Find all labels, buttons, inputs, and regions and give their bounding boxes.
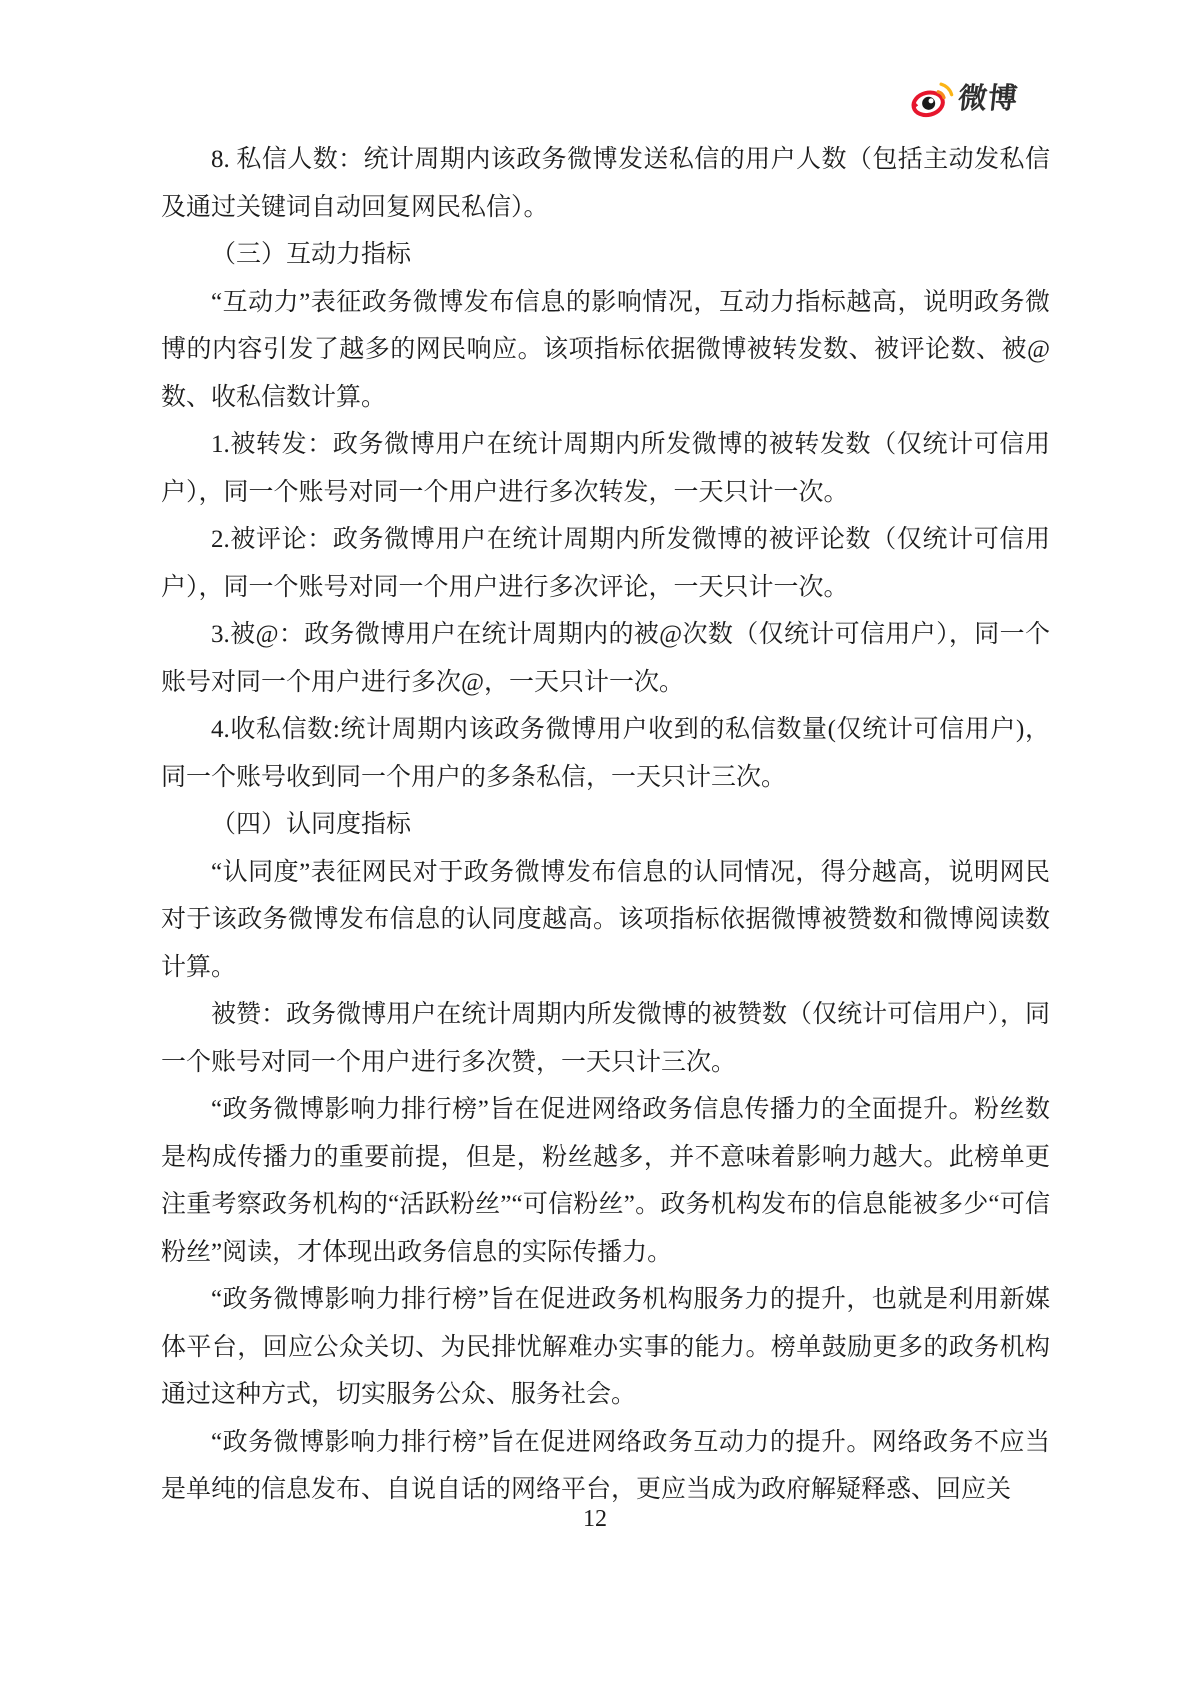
body-paragraph: 4.收私信数:统计周期内该政务微博用户收到的私信数量(仅统计可信用户)，同一个账… (161, 706, 1050, 801)
body-paragraph: “政务微博影响力排行榜”旨在促进网络政务互动力的提升。网络政务不应当是单纯的信息… (161, 1419, 1050, 1514)
body-paragraph: 3.被@：政务微博用户在统计周期内的被@次数（仅统计可信用户），同一个账号对同一… (161, 611, 1050, 706)
weibo-eye-icon (909, 78, 955, 120)
document-page: 微博 8. 私信人数：统计周期内该政务微博发送私信的用户人数（包括主动发私信及通… (0, 0, 1190, 1683)
body-paragraph: 2.被评论：政务微博用户在统计周期内所发微博的被评论数（仅统计可信用户），同一个… (161, 516, 1050, 611)
body-paragraph: “认同度”表征网民对于政务微博发布信息的认同情况，得分越高，说明网民对于该政务微… (161, 849, 1050, 992)
body-paragraph: “政务微博影响力排行榜”旨在促进政务机构服务力的提升，也就是利用新媒体平台，回应… (161, 1276, 1050, 1419)
section-heading: （四）认同度指标 (161, 801, 1050, 849)
weibo-logo-text: 微博 (956, 85, 1019, 114)
body-paragraph: 8. 私信人数：统计周期内该政务微博发送私信的用户人数（包括主动发私信及通过关键… (161, 136, 1050, 231)
page-number: 12 (0, 1506, 1190, 1533)
body-paragraph: 1.被转发：政务微博用户在统计周期内所发微博的被转发数（仅统计可信用户），同一个… (161, 421, 1050, 516)
section-heading: （三）互动力指标 (161, 231, 1050, 279)
weibo-logo: 微博 (909, 78, 1018, 120)
body-paragraph: 被赞：政务微博用户在统计周期内所发微博的被赞数（仅统计可信用户），同一个账号对同… (161, 991, 1050, 1086)
document-body: 8. 私信人数：统计周期内该政务微博发送私信的用户人数（包括主动发私信及通过关键… (161, 136, 1050, 1514)
body-paragraph: “互动力”表征政务微博发布信息的影响情况，互动力指标越高，说明政务微博的内容引发… (161, 279, 1050, 422)
body-paragraph: “政务微博影响力排行榜”旨在促进网络政务信息传播力的全面提升。粉丝数是构成传播力… (161, 1086, 1050, 1276)
